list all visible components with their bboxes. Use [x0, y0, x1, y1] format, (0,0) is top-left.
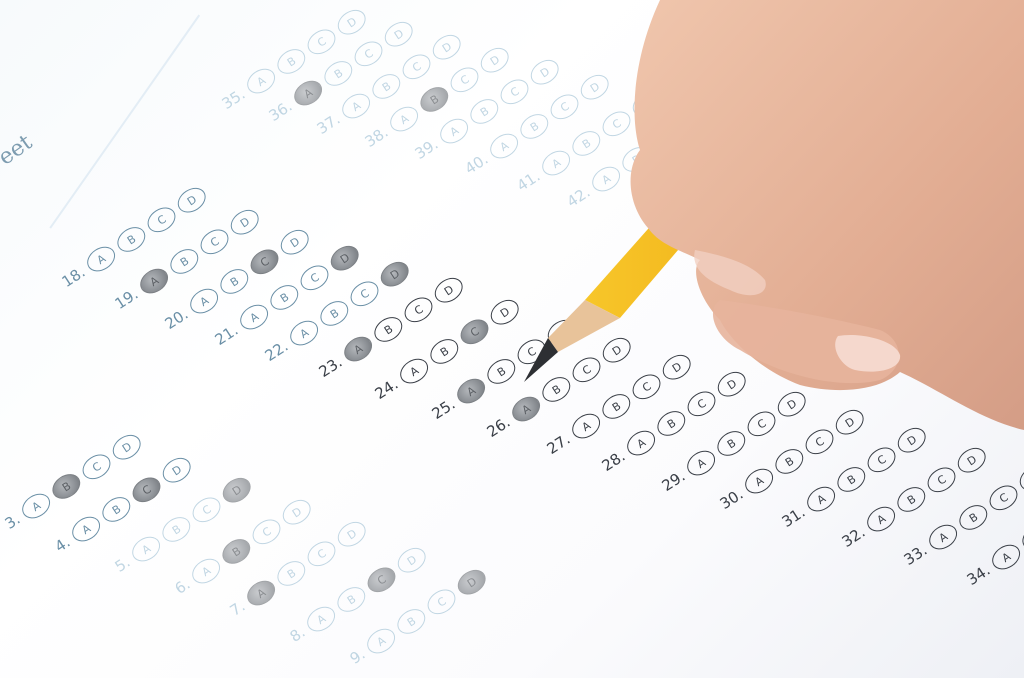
photo-scene: eet 3.ABCD4.ABCD5.ABCD6.ABCD7.ABCD8.ABCD…	[0, 0, 1024, 678]
